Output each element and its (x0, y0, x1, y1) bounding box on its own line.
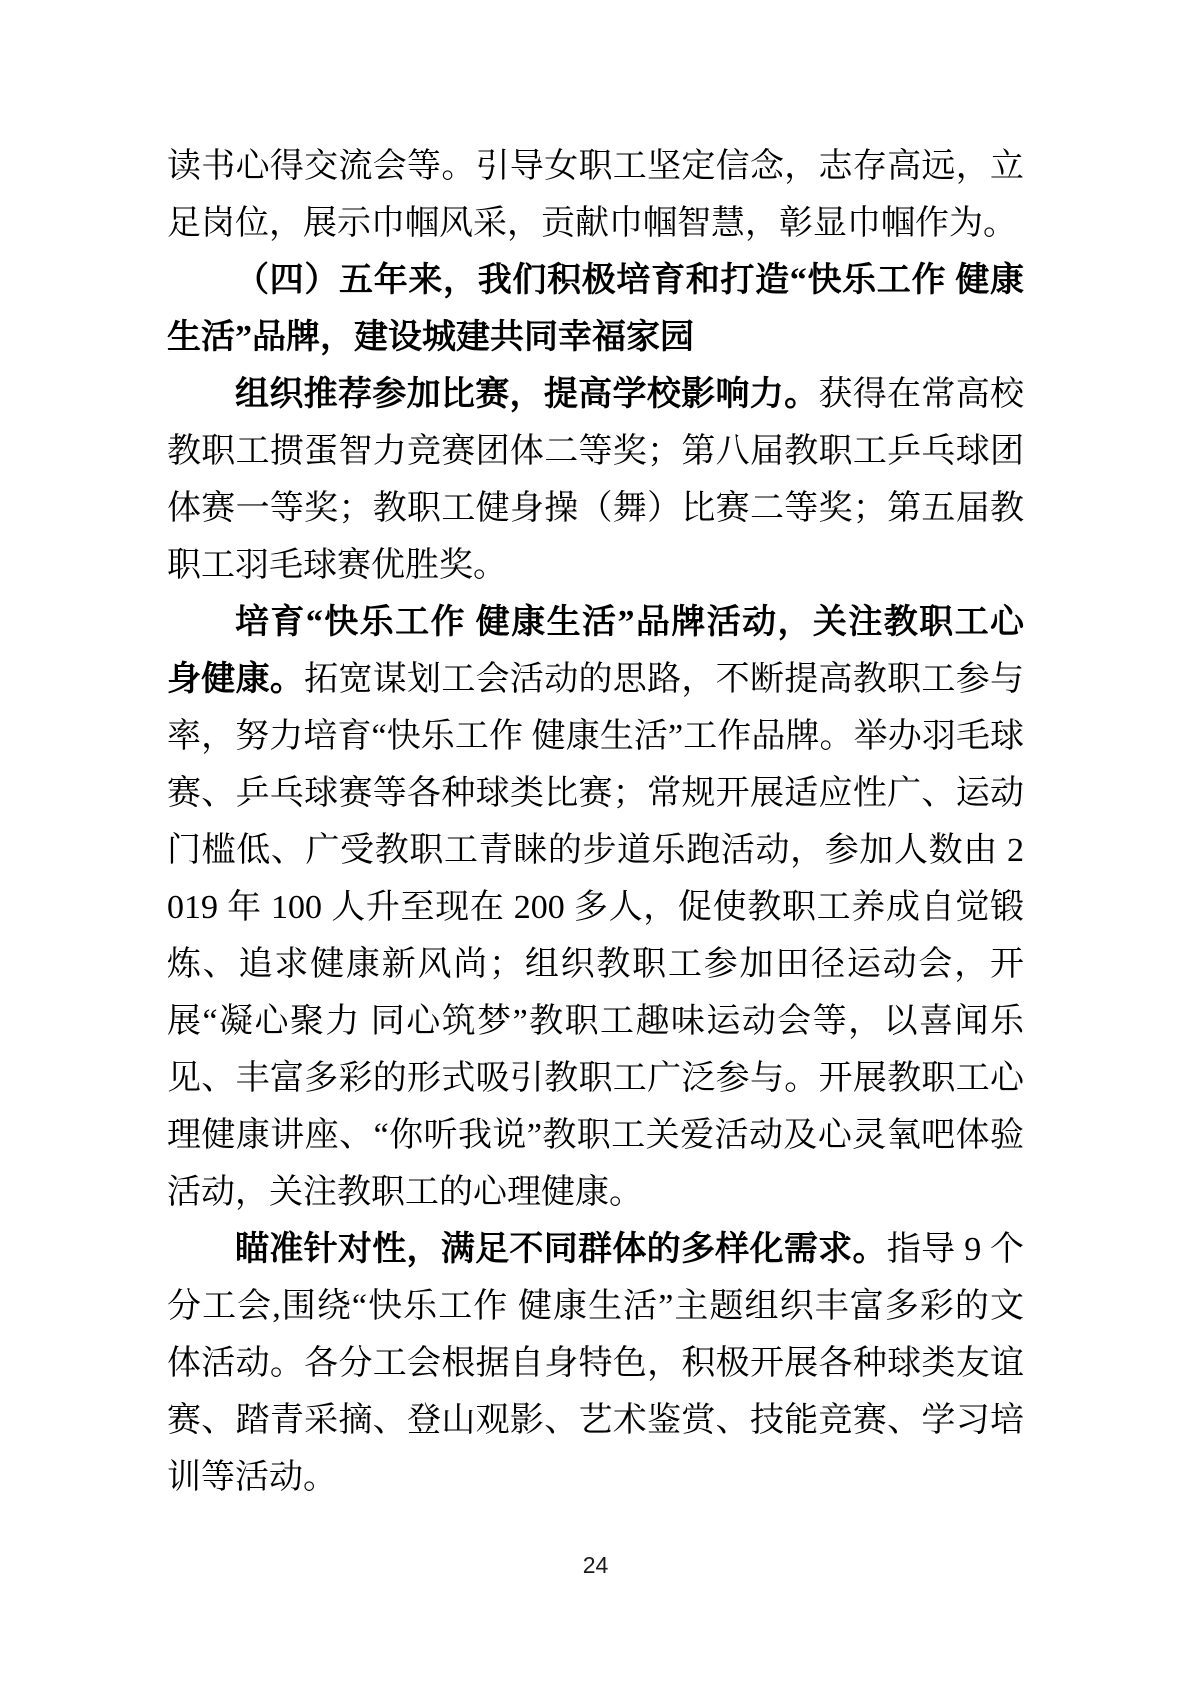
paragraph-awards: 组织推荐参加比赛，提高学校影响力。获得在常高校教职工掼蛋智力竞赛团体二等奖；第八… (167, 366, 1024, 594)
paragraph-awards-lead: 组织推荐参加比赛，提高学校影响力。 (235, 376, 818, 413)
page-body: 读书心得交流会等。引导女职工坚定信念，志存高远，立足岗位，展示巾帼风采，贡献巾帼… (167, 138, 1024, 1506)
section-heading: （四）五年来，我们积极培育和打造“快乐工作 健康生活”品牌，建设城建共同幸福家园 (167, 252, 1024, 366)
page-number: 24 (0, 1552, 1191, 1579)
paragraph-brand-body: 拓宽谋划工会活动的思路，不断提高教职工参与率，努力培育“快乐工作 健康生活”工作… (167, 661, 1024, 1211)
paragraph-targeted-needs: 瞄准针对性，满足不同群体的多样化需求。指导 9 个分工会,围绕“快乐工作 健康生… (167, 1221, 1024, 1506)
paragraph-targeted-lead: 瞄准针对性，满足不同群体的多样化需求。 (235, 1231, 887, 1268)
paragraph-brand-activities: 培育“快乐工作 健康生活”品牌活动，关注教职工心身健康。拓宽谋划工会活动的思路，… (167, 594, 1024, 1221)
document-page: 读书心得交流会等。引导女职工坚定信念，志存高远，立足岗位，展示巾帼风采，贡献巾帼… (0, 0, 1191, 1684)
paragraph-continuation: 读书心得交流会等。引导女职工坚定信念，志存高远，立足岗位，展示巾帼风采，贡献巾帼… (167, 138, 1024, 252)
paragraph-targeted-body: 指导 9 个分工会,围绕“快乐工作 健康生活”主题组织丰富多彩的文体活动。各分工… (167, 1231, 1024, 1496)
